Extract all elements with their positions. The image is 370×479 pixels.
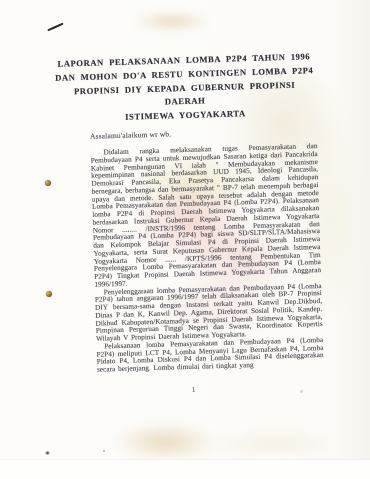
body-paragraph: Penyelenggaraan lomba Pemasyarakatan dan… bbox=[95, 282, 324, 343]
body-paragraph: Pelaksanaan lomba Pemasyarakatan dan Pem… bbox=[96, 337, 324, 375]
body-paragraph: Didalam rangka melaksanakan tugas Pemasy… bbox=[90, 143, 321, 289]
salutation: Assalamu'alaikum wr wb. bbox=[90, 129, 171, 140]
letter-body: Didalam rangka melaksanakan tugas Pemasy… bbox=[90, 143, 324, 374]
page-number: 1 bbox=[103, 383, 285, 396]
letter-content: LAPORAN PELAKSANAAN LOMBA P2P4 TAHUN 199… bbox=[0, 0, 370, 479]
scanned-document-page: LAPORAN PELAKSANAAN LOMBA P2P4 TAHUN 199… bbox=[0, 0, 370, 479]
document-title: LAPORAN PELAKSANAAN LOMBA P2P4 TAHUN 199… bbox=[51, 50, 319, 127]
scanner-edge bbox=[0, 459, 370, 479]
